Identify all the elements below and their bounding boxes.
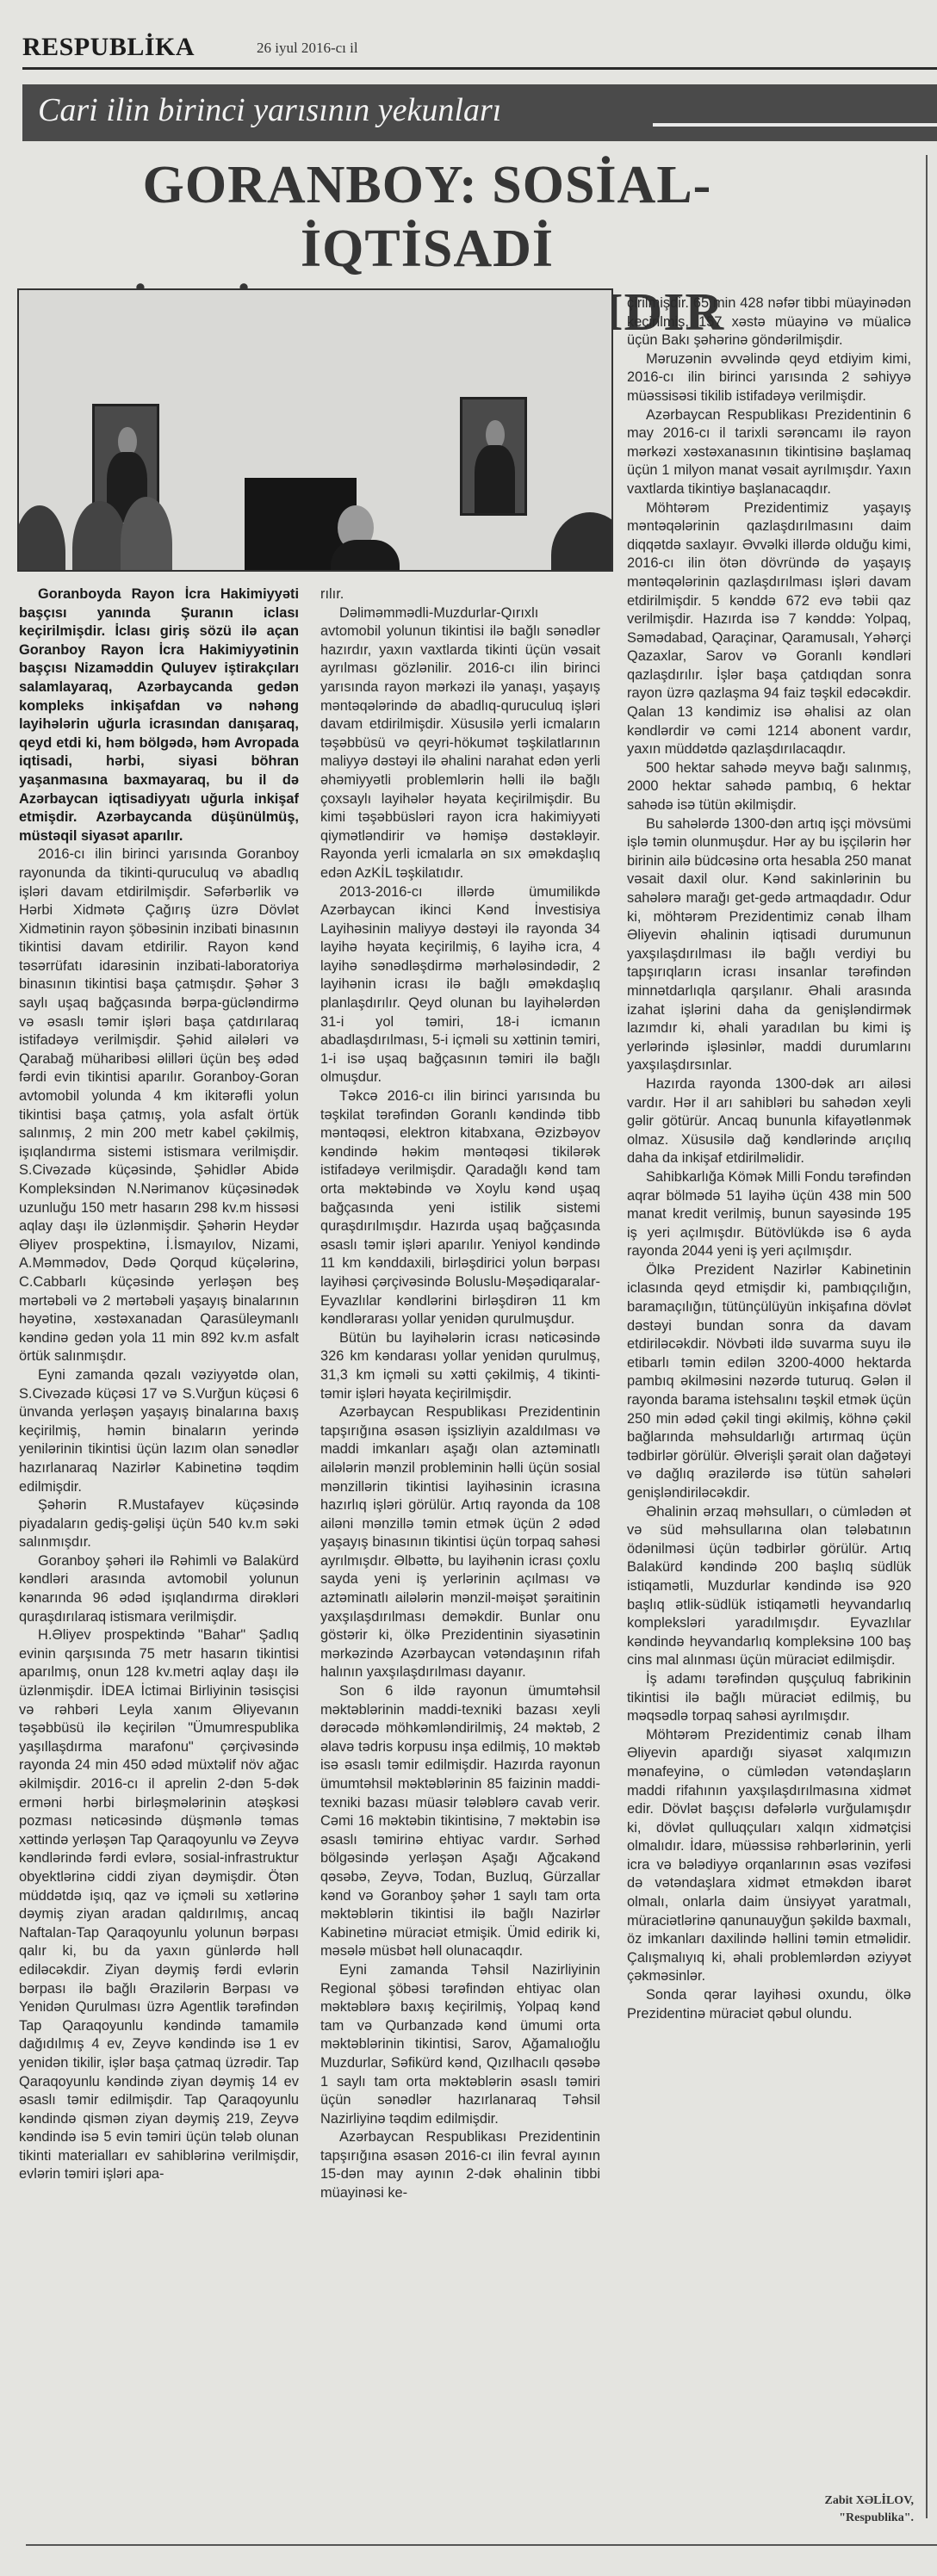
paragraph: Əhalinin ərzaq məhsulları, o cümlədən ət…: [627, 1503, 911, 1670]
article-column-1: Goranboyda Rayon İcra Hakimiyyəti başçıs…: [19, 585, 299, 2184]
speaker-figure: [331, 540, 400, 572]
paragraph: Bütün bu layihələrin icrası nəticəsində …: [320, 1329, 600, 1403]
paragraph: Möhtərəm Prezidentimiz cənab İlham Əliye…: [627, 1726, 911, 1986]
paragraph: Möhtərəm Prezidentimiz yaşayış məntəqələ…: [627, 499, 911, 759]
article-column-3: çirilmişdir. 65 min 428 nəfər tibbi müay…: [627, 294, 911, 2023]
paragraph: Son 6 ildə rayonun ümumtəhsil məktəbləri…: [320, 1682, 600, 1961]
byline: Zabit XƏLİLOV, "Respublika".: [627, 2492, 914, 2527]
attendee: [17, 505, 65, 572]
headline-line-1: GORANBOY: SOSİAL-İQTİSADİ: [22, 153, 832, 281]
attendee: [121, 497, 172, 572]
paragraph: Ölkə Prezident Nazirlər Kabinetinin icla…: [627, 1261, 911, 1503]
attendee: [551, 512, 613, 572]
issue-date: 26 iyul 2016-cı il: [257, 40, 358, 57]
column-divider: [926, 155, 928, 2518]
article-lead: Goranboyda Rayon İcra Hakimiyyəti başçıs…: [19, 585, 299, 845]
paragraph: 500 hektar sahədə meyvə bağı salınmış, 2…: [627, 759, 911, 815]
article-column-2: rılır. Dəliməmmədli-Muzdurlar-Qırıxlı av…: [320, 585, 600, 2203]
paragraph: İş adamı tərəfindən quşçuluq fabrikinin …: [627, 1670, 911, 1726]
paragraph: Bu sahələrdə 1300-dən artıq işçi mövsümi…: [627, 815, 911, 1075]
section-rubric: Cari ilin birinci yarısının yekunları: [22, 84, 937, 141]
bottom-rule: [26, 2544, 937, 2546]
paragraph: rılır.: [320, 585, 600, 604]
author-name: Zabit XƏLİLOV,: [627, 2492, 914, 2510]
paragraph: 2016-cı ilin birinci yarısında Goranboy …: [19, 845, 299, 1366]
paragraph: H.Əliyev prospektində "Bahar" Şadlıq evi…: [19, 1626, 299, 2184]
paragraph: Sonda qərar layihəsi oxundu, ölkə Prezid…: [627, 1986, 911, 2023]
paragraph: Məruzənin əvvəlində qeyd etdiyim kimi, 2…: [627, 350, 911, 406]
paragraph: Sahibkarlığa Kömək Milli Fondu tərəfində…: [627, 1168, 911, 1261]
paragraph: Goranboy şəhəri ilə Rəhimli və Balakürd …: [19, 1552, 299, 1626]
paragraph: Azərbaycan Respublikası Prezidentinin 6 …: [627, 406, 911, 499]
paragraph: Azərbaycan Respublikası Prezidentinin ta…: [320, 2128, 600, 2202]
paragraph: Dəliməmmədli-Muzdurlar-Qırıxlı avtomobil…: [320, 604, 600, 883]
paragraph: Hazırda rayonda 1300-dək arı ailəsi vard…: [627, 1075, 911, 1168]
rubric-title: Cari ilin birinci yarısının yekunları: [38, 91, 501, 129]
article-photo: [17, 288, 613, 572]
portrait-right-icon: [460, 397, 527, 516]
masthead: RESPUBLİKA 26 iyul 2016-cı il: [22, 29, 937, 70]
newspaper-name: RESPUBLİKA: [22, 33, 195, 62]
paragraph: Şəhərin R.Mustafayev küçəsində piyadalar…: [19, 1496, 299, 1552]
byline-source: "Respublika".: [627, 2510, 914, 2527]
paragraph: Azərbaycan Respublikası Prezidentinin ta…: [320, 1403, 600, 1682]
paragraph: Eyni zamanda Təhsil Nazirliyinin Regiona…: [320, 1961, 600, 2128]
paragraph: 2013-2016-cı illərdə ümumilikdə Azərbayc…: [320, 883, 600, 1088]
paragraph: çirilmişdir. 65 min 428 nəfər tibbi müay…: [627, 294, 911, 350]
paragraph: Eyni zamanda qəzalı vəziyyətdə olan, S.C…: [19, 1366, 299, 1496]
rubric-rule: [653, 123, 937, 127]
paragraph: Təkcə 2016-cı ilin birinci yarısında bu …: [320, 1087, 600, 1329]
